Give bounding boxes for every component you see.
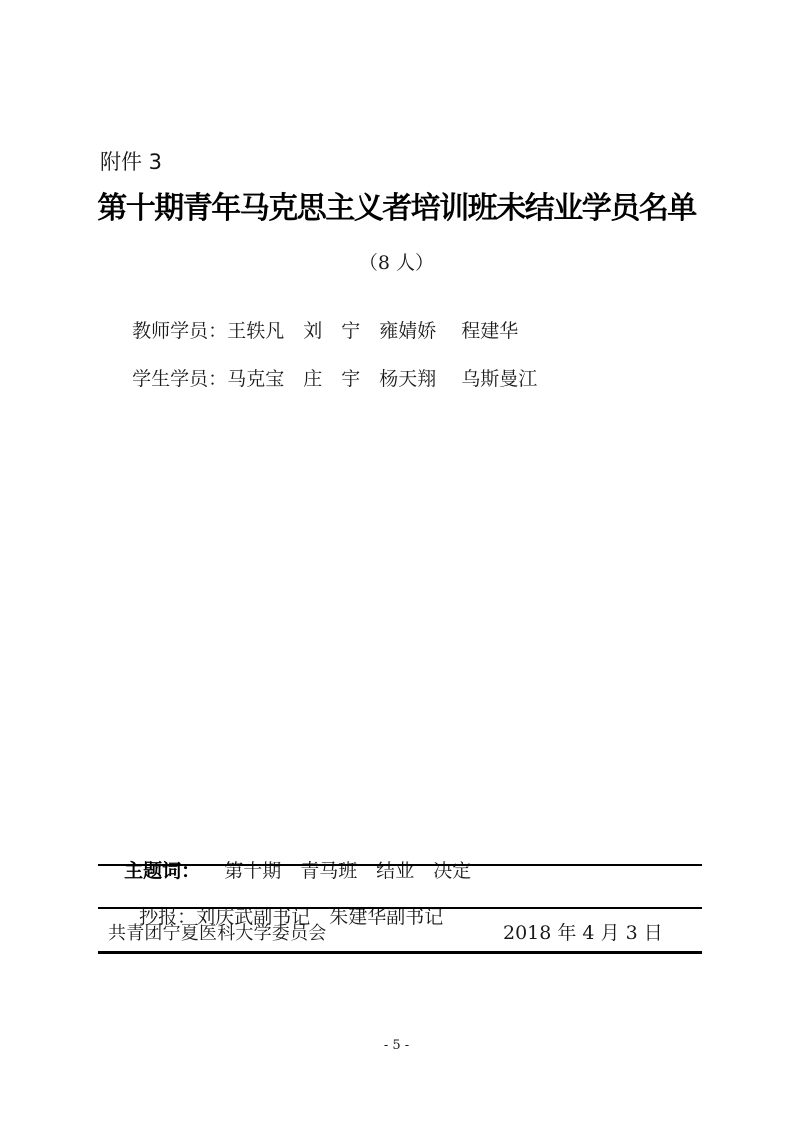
- issue-date: 2018 年 4 月 3 日: [503, 921, 663, 946]
- document-page: 附件 3 第十期青年马克思主义者培训班未结业学员名单 （8 人） 教师学员：王轶…: [0, 0, 793, 1122]
- page-number: - 5 -: [0, 1038, 793, 1053]
- issuing-organization: 共青团宁夏医科大学委员会: [108, 922, 326, 945]
- footer-divider-middle: [98, 907, 702, 909]
- teacher-roster-label: 教师学员：: [132, 320, 227, 342]
- student-roster-label: 学生学员：: [132, 368, 227, 390]
- subject-keywords-label: 主题词：: [124, 860, 200, 882]
- student-roster-names: 马克宝 庄 宇 杨天翔 乌斯曼江: [227, 368, 537, 390]
- attachment-label: 附件 3: [100, 151, 162, 174]
- footer-divider-bottom: [98, 951, 702, 954]
- document-title: 第十期青年马克思主义者培训班未结业学员名单: [0, 190, 793, 228]
- footer-divider-top: [98, 864, 702, 866]
- teacher-roster-names: 王轶凡 刘 宁 雍婧娇 程建华: [227, 320, 518, 342]
- participant-count-note: （8 人）: [0, 251, 793, 276]
- subject-keywords-terms: 第十期 青马班 结业 决定: [224, 860, 471, 882]
- student-roster-row: 学生学员：马克宝 庄 宇 杨天翔 乌斯曼江: [108, 342, 537, 416]
